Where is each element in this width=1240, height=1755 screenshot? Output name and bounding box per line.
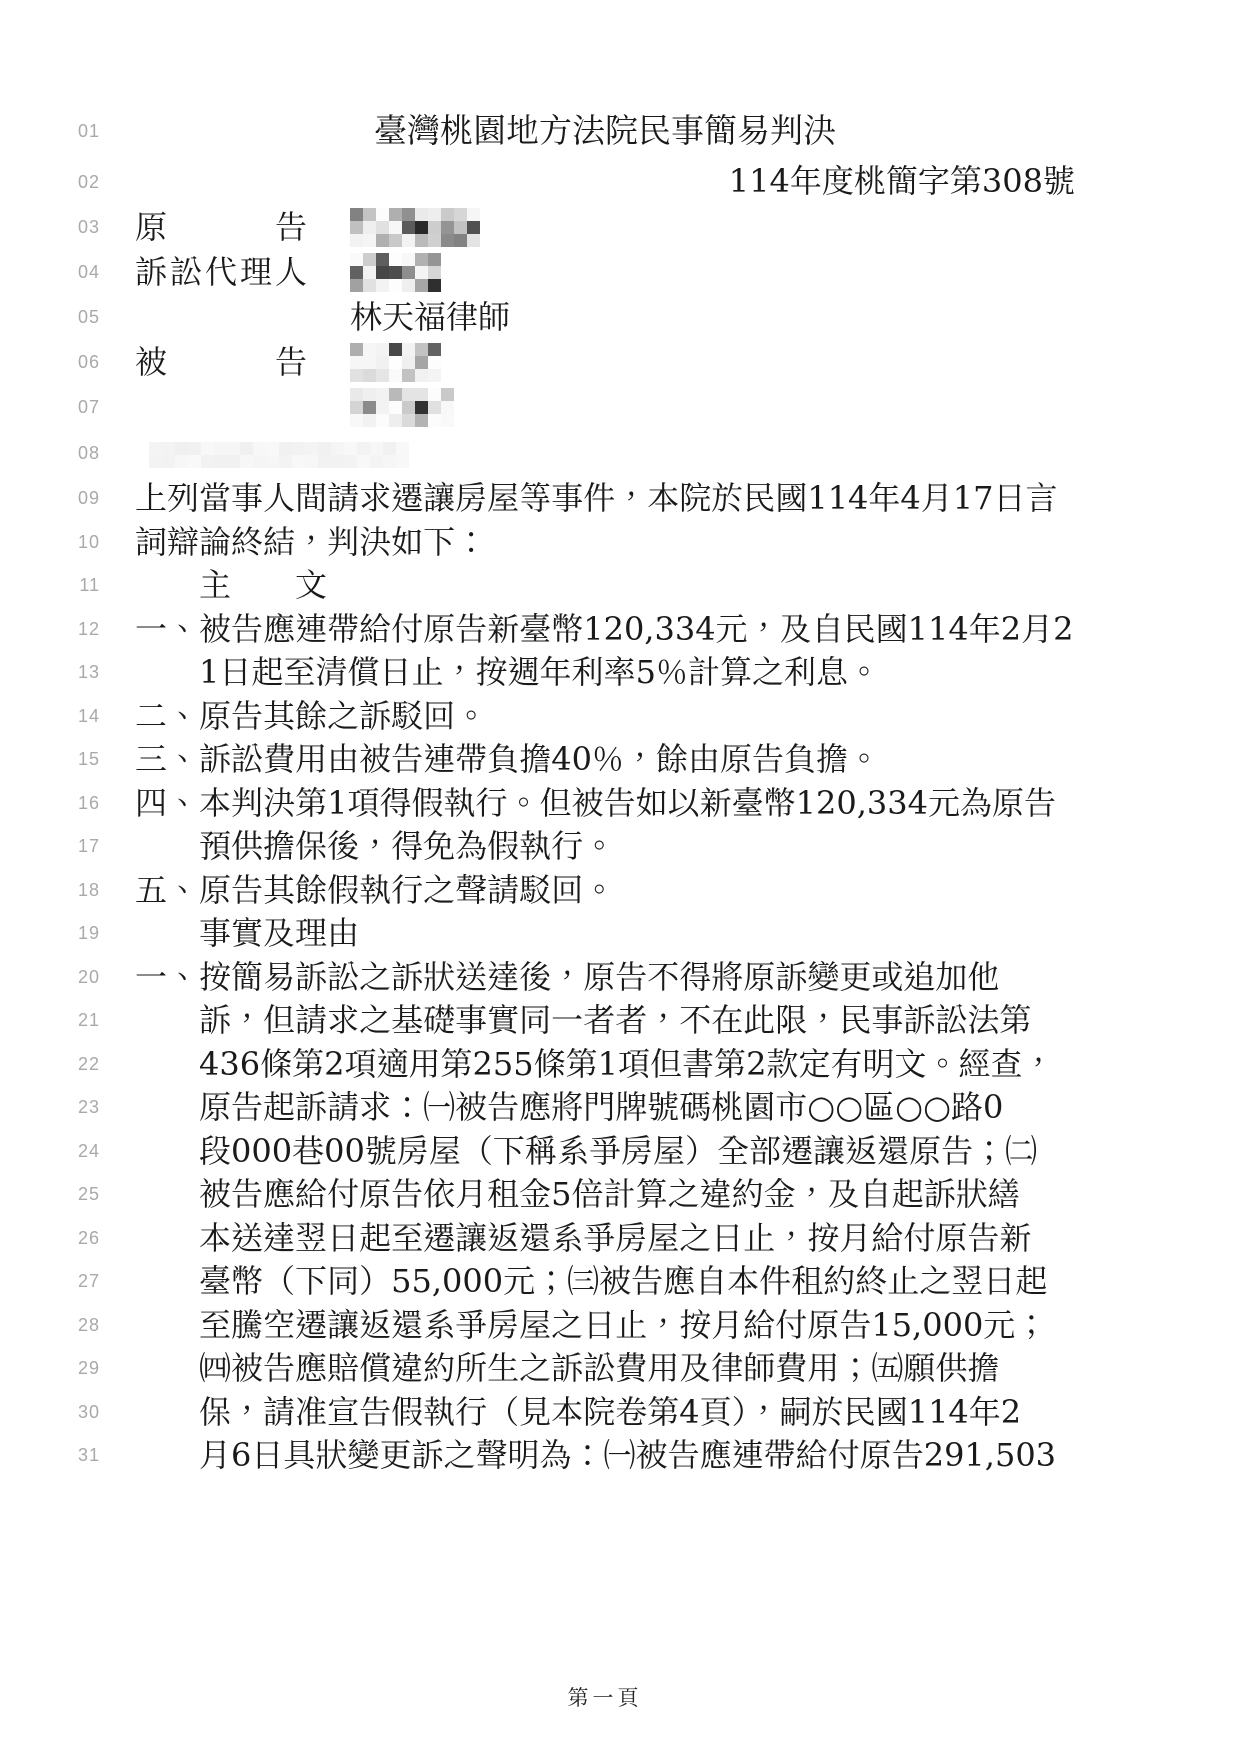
line-text: 上列當事人間請求遷讓房屋等事件，本院於民國114年4月17日言	[135, 481, 1058, 516]
line-text: 436條第2項適用第255條第1項但書第2款定有明文。經查，	[135, 1047, 1055, 1082]
document-line: 08	[0, 430, 1240, 477]
line-text: 原告起訴請求：㈠被告應將門牌號碼桃園市○○區○○路0	[135, 1090, 1003, 1125]
party-name: 林天福律師	[350, 300, 510, 335]
line-number: 28	[0, 1315, 100, 1336]
document-line: 17 預供擔保後，得免為假執行。	[0, 825, 1240, 869]
line-text: 本送達翌日起至遷讓返還系爭房屋之日止，按月給付原告新	[135, 1221, 1031, 1256]
line-number: 29	[0, 1358, 100, 1379]
line-number: 08	[0, 443, 100, 464]
line-number: 06	[0, 352, 100, 373]
party-label: 訴訟代理人	[135, 255, 307, 290]
line-number: 15	[0, 749, 100, 770]
line-text: 被告應給付原告依月租金5倍計算之違約金，及自起訴狀繕	[135, 1177, 1020, 1212]
line-number: 20	[0, 967, 100, 988]
redacted-name	[350, 208, 480, 247]
document-title: 臺灣桃園地方法院民事簡易判決	[135, 113, 1075, 149]
redacted-id-strip	[149, 442, 409, 468]
line-text	[135, 436, 409, 471]
document-line: 18 五、原告其餘假執行之聲請駁回。	[0, 869, 1240, 913]
line-text: 訴，但請求之基礎事實同一者者，不在此限，民事訴訟法第	[135, 1003, 1031, 1038]
line-text: 四、本判決第1項得假執行。但被告如以新臺幣120,334元為原告	[135, 786, 1056, 821]
document-line: 01 臺灣桃園地方法院民事簡易判決	[0, 103, 1240, 159]
line-number: 12	[0, 619, 100, 640]
document-line: 06 被告	[0, 340, 1240, 385]
document-line: 11 主文	[0, 564, 1240, 608]
document-line: 12 一、被告應連帶給付原告新臺幣120,334元，及自民國114年2月2	[0, 608, 1240, 652]
document-line: 28 至騰空遷讓返還系爭房屋之日止，按月給付原告15,000元；	[0, 1304, 1240, 1348]
document-line: 21 訴，但請求之基礎事實同一者者，不在此限，民事訴訟法第	[0, 999, 1240, 1043]
document-line: 19 事實及理由	[0, 912, 1240, 956]
case-number: 114年度桃簡字第308號	[135, 164, 1075, 199]
document-line: 03 原告	[0, 205, 1240, 250]
line-text: 被告	[135, 343, 441, 382]
line-number: 31	[0, 1445, 100, 1466]
page-footer: 第一頁	[135, 1682, 1075, 1712]
document-line: 23 原告起訴請求：㈠被告應將門牌號碼桃園市○○區○○路0	[0, 1086, 1240, 1130]
line-text: 二、原告其餘之訴駁回。	[135, 699, 487, 734]
document-line: 15 三、訴訟費用由被告連帶負擔40％，餘由原告負擔。	[0, 738, 1240, 782]
line-text: 臺幣（下同）55,000元；㈢被告應自本件租約終止之翌日起	[135, 1264, 1047, 1299]
line-text: 事實及理由	[135, 916, 359, 951]
document-line: 07	[0, 385, 1240, 430]
document-line: 24 段000巷00號房屋（下稱系爭房屋）全部遷讓返還原告；㈡	[0, 1130, 1240, 1174]
redacted-name	[350, 388, 454, 427]
line-number: 14	[0, 706, 100, 727]
line-text: 月6日具狀變更訴之聲明為：㈠被告應連帶給付原告291,503	[135, 1438, 1056, 1473]
line-number: 23	[0, 1097, 100, 1118]
party-label: 原告	[135, 210, 307, 245]
line-number: 07	[0, 397, 100, 418]
line-text: 一、按簡易訴訟之訴狀送達後，原告不得將原訴變更或追加他	[135, 960, 999, 995]
document-line: 22 436條第2項適用第255條第1項但書第2款定有明文。經查，	[0, 1043, 1240, 1087]
line-number: 27	[0, 1271, 100, 1292]
document-line: 29 ㈣被告應賠償違約所生之訴訟費用及律師費用；㈤願供擔	[0, 1347, 1240, 1391]
page-number-label: 第一頁	[568, 1686, 643, 1710]
line-number: 26	[0, 1228, 100, 1249]
line-text: 詞辯論終結，判決如下：	[135, 525, 487, 560]
line-text: 林天福律師	[135, 300, 510, 335]
redacted-name	[350, 253, 441, 292]
line-text: 三、訴訟費用由被告連帶負擔40％，餘由原告負擔。	[135, 742, 880, 777]
line-text: 保，請准宣告假執行（見本院卷第4頁），嗣於民國114年2	[135, 1395, 1021, 1430]
line-text: 五、原告其餘假執行之聲請駁回。	[135, 873, 615, 908]
document-line: 20 一、按簡易訴訟之訴狀送達後，原告不得將原訴變更或追加他	[0, 956, 1240, 1000]
document-line: 25 被告應給付原告依月租金5倍計算之違約金，及自起訴狀繕	[0, 1173, 1240, 1217]
line-text: 訴訟代理人	[135, 253, 441, 292]
line-number: 02	[0, 172, 100, 193]
document-line: 31 月6日具狀變更訴之聲明為：㈠被告應連帶給付原告291,503	[0, 1434, 1240, 1478]
line-text	[135, 388, 454, 427]
document-line: 26 本送達翌日起至遷讓返還系爭房屋之日止，按月給付原告新	[0, 1217, 1240, 1261]
line-text: 段000巷00號房屋（下稱系爭房屋）全部遷讓返還原告；㈡	[135, 1134, 1037, 1169]
line-number: 09	[0, 488, 100, 509]
judgment-page: 01 臺灣桃園地方法院民事簡易判決 02 114年度桃簡字第308號 03 原告…	[0, 0, 1240, 1755]
line-text: 至騰空遷讓返還系爭房屋之日止，按月給付原告15,000元；	[135, 1308, 1047, 1343]
line-number: 21	[0, 1010, 100, 1031]
line-text: 原告	[135, 208, 480, 247]
party-label: 被告	[135, 345, 307, 380]
document-line: 27 臺幣（下同）55,000元；㈢被告應自本件租約終止之翌日起	[0, 1260, 1240, 1304]
document-line: 14 二、原告其餘之訴駁回。	[0, 695, 1240, 739]
line-number: 30	[0, 1402, 100, 1423]
line-text: ㈣被告應賠償違約所生之訴訟費用及律師費用；㈤願供擔	[135, 1351, 999, 1386]
line-number: 04	[0, 262, 100, 283]
line-number: 18	[0, 880, 100, 901]
line-number: 25	[0, 1184, 100, 1205]
line-text: 1日起至清償日止，按週年利率5％計算之利息。	[135, 655, 880, 690]
document-line: 30 保，請准宣告假執行（見本院卷第4頁），嗣於民國114年2	[0, 1391, 1240, 1435]
line-number: 17	[0, 836, 100, 857]
line-number: 01	[0, 121, 100, 142]
document-lines: 01 臺灣桃園地方法院民事簡易判決 02 114年度桃簡字第308號 03 原告…	[0, 103, 1240, 1478]
line-number: 10	[0, 532, 100, 553]
document-line: 16 四、本判決第1項得假執行。但被告如以新臺幣120,334元為原告	[0, 782, 1240, 826]
line-number: 22	[0, 1054, 100, 1075]
line-number: 11	[0, 575, 100, 596]
line-number: 16	[0, 793, 100, 814]
line-number: 24	[0, 1141, 100, 1162]
line-number: 03	[0, 217, 100, 238]
line-text: 一、被告應連帶給付原告新臺幣120,334元，及自民國114年2月2	[135, 612, 1073, 647]
document-line: 02 114年度桃簡字第308號	[0, 159, 1240, 205]
line-number: 05	[0, 307, 100, 328]
line-number: 19	[0, 923, 100, 944]
line-text: 主文	[135, 568, 327, 603]
document-line: 04 訴訟代理人	[0, 250, 1240, 295]
redacted-name	[350, 343, 441, 382]
document-line: 13 1日起至清償日止，按週年利率5％計算之利息。	[0, 651, 1240, 695]
document-line: 10 詞辯論終結，判決如下：	[0, 521, 1240, 565]
document-line: 09 上列當事人間請求遷讓房屋等事件，本院於民國114年4月17日言	[0, 477, 1240, 521]
document-line: 05 林天福律師	[0, 295, 1240, 340]
line-text: 預供擔保後，得免為假執行。	[135, 829, 615, 864]
line-number: 13	[0, 662, 100, 683]
